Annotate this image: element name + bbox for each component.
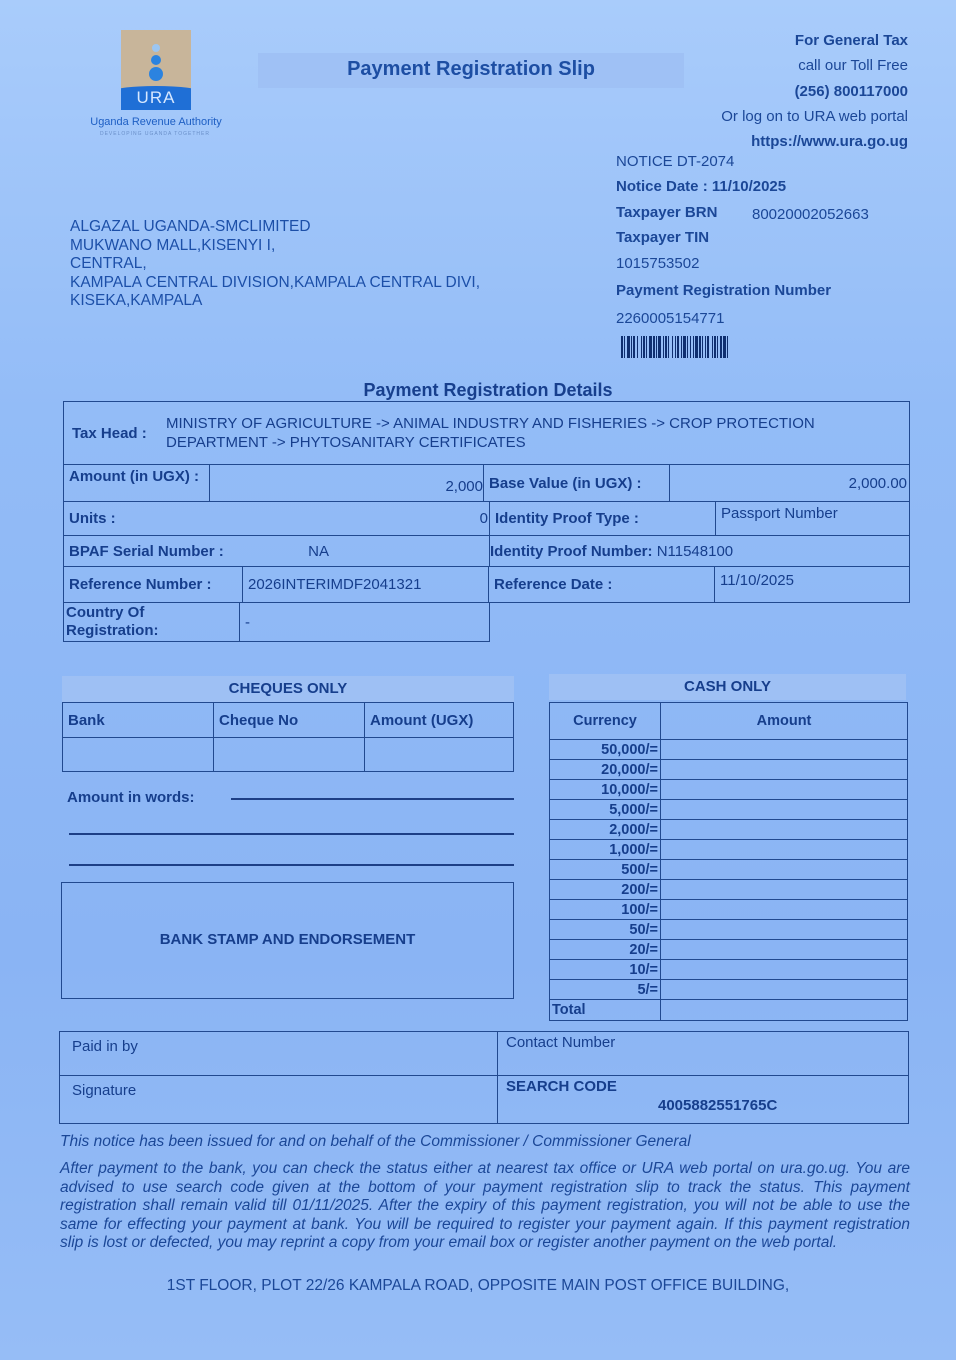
- denomination-amount-input[interactable]: [661, 740, 908, 760]
- details-table-bpaf: BPAF Serial Number : NA Identity Proof N…: [63, 535, 910, 567]
- notice-id: NOTICE DT-2074: [616, 153, 734, 170]
- id-number-label: Identity Proof Number:: [490, 543, 653, 560]
- denomination-label: 20/=: [550, 940, 661, 960]
- denomination-label: 5/=: [550, 980, 661, 1000]
- payer-table: Paid in by Contact Number Signature SEAR…: [59, 1031, 909, 1124]
- cash-row: 50/=: [550, 920, 908, 940]
- contact-line-2: call our Toll Free: [721, 53, 908, 78]
- paid-in-by-label: Paid in by: [72, 1038, 138, 1055]
- address-line: CENTRAL,: [70, 255, 480, 274]
- country-label: Country Of Registration:: [64, 603, 240, 642]
- contact-line-4: Or log on to URA web portal: [721, 104, 908, 129]
- details-title: Payment Registration Details: [340, 380, 636, 401]
- payment-registration-slip: URA Uganda Revenue Authority DEVELOPING …: [0, 0, 956, 1360]
- cash-col-amount: Amount: [661, 703, 908, 740]
- country-value: -: [240, 603, 490, 642]
- tin-label: Taxpayer TIN: [616, 229, 709, 246]
- ura-logo: URA: [121, 30, 191, 110]
- cash-table: Currency Amount 50,000/=20,000/=10,000/=…: [549, 702, 908, 1021]
- toll-free-number: (256) 800117000: [721, 79, 908, 104]
- contact-line-1: For General Tax: [721, 28, 908, 53]
- search-code-label: SEARCH CODE: [506, 1078, 900, 1095]
- cash-row: 20,000/=: [550, 760, 908, 780]
- address-line: MUKWANO MALL,KISENYI I,: [70, 237, 480, 256]
- cheques-title: CHEQUES ONLY: [62, 676, 514, 702]
- cheque-bank-input[interactable]: [63, 738, 214, 772]
- cheque-col-amount: Amount (UGX): [365, 703, 514, 738]
- base-value-label: Base Value (in UGX) :: [484, 465, 670, 502]
- org-name: Uganda Revenue Authority: [66, 116, 246, 128]
- denomination-amount-input[interactable]: [661, 760, 908, 780]
- denomination-amount-input[interactable]: [661, 920, 908, 940]
- brn-value: 80020002052663: [752, 206, 869, 223]
- denomination-label: 5,000/=: [550, 800, 661, 820]
- denomination-amount-input[interactable]: [661, 880, 908, 900]
- denomination-amount-input[interactable]: [661, 840, 908, 860]
- office-address: 1ST FLOOR, PLOT 22/26 KAMPALA ROAD, OPPO…: [0, 1277, 956, 1295]
- amount-in-words-label: Amount in words:: [67, 789, 195, 806]
- taxpayer-address: ALGAZAL UGANDA-SMCLIMITEDMUKWANO MALL,KI…: [70, 218, 480, 311]
- cash-row: 100/=: [550, 900, 908, 920]
- cash-title: CASH ONLY: [549, 674, 906, 700]
- denomination-label: 100/=: [550, 900, 661, 920]
- notice-date-label: Notice Date :: [616, 178, 708, 195]
- id-number-value: N11548100: [657, 543, 733, 560]
- search-code-value: 4005882551765C: [658, 1097, 900, 1114]
- details-table-ref: Reference Number : 2026INTERIMDF2041321 …: [63, 566, 910, 603]
- amount-value: 2,000: [210, 465, 484, 502]
- cash-row: 1,000/=: [550, 840, 908, 860]
- bpaf-label: BPAF Serial Number :: [69, 543, 304, 560]
- amount-in-words-line-3[interactable]: [69, 864, 514, 866]
- cash-row: 2,000/=: [550, 820, 908, 840]
- cash-row: 20/=: [550, 940, 908, 960]
- address-line: ALGAZAL UGANDA-SMCLIMITED: [70, 218, 480, 237]
- total-amount-input[interactable]: [661, 1000, 908, 1021]
- address-line: KAMPALA CENTRAL DIVISION,KAMPALA CENTRAL…: [70, 274, 480, 293]
- contact-number-label: Contact Number: [506, 1034, 615, 1051]
- amount-label: Amount (in UGX) :: [64, 465, 210, 502]
- denomination-label: 200/=: [550, 880, 661, 900]
- brn-label: Taxpayer BRN: [616, 204, 717, 221]
- denomination-label: 50,000/=: [550, 740, 661, 760]
- cheques-table: Bank Cheque No Amount (UGX): [62, 702, 514, 772]
- cash-row: 500/=: [550, 860, 908, 880]
- issued-notice: This notice has been issued for and on b…: [60, 1133, 910, 1152]
- denomination-label: 500/=: [550, 860, 661, 880]
- signature-field[interactable]: Signature: [60, 1076, 498, 1124]
- amount-in-words-line-1[interactable]: [231, 798, 514, 800]
- cash-row: 10/=: [550, 960, 908, 980]
- base-value: 2,000.00: [670, 465, 910, 502]
- details-table: Tax Head : MINISTRY OF AGRICULTURE -> AN…: [63, 401, 910, 465]
- notice-date: Notice Date : 11/10/2025: [616, 178, 786, 195]
- page-title: Payment Registration Slip: [258, 58, 684, 81]
- amount-in-words-line-2[interactable]: [69, 833, 514, 835]
- bank-stamp-box: BANK STAMP AND ENDORSEMENT: [61, 882, 514, 999]
- cash-total-row: Total: [550, 1000, 908, 1021]
- denomination-amount-input[interactable]: [661, 820, 908, 840]
- paid-in-by-field[interactable]: Paid in by: [60, 1032, 498, 1076]
- denomination-label: 50/=: [550, 920, 661, 940]
- instructions: After payment to the bank, you can check…: [60, 1160, 910, 1253]
- tax-head-value: MINISTRY OF AGRICULTURE -> ANIMAL INDUST…: [166, 414, 866, 452]
- denomination-label: 2,000/=: [550, 820, 661, 840]
- tax-head-label: Tax Head :: [72, 425, 166, 442]
- denomination-amount-input[interactable]: [661, 800, 908, 820]
- denomination-amount-input[interactable]: [661, 960, 908, 980]
- units-label-cell: Units : 0: [64, 502, 490, 536]
- bpaf-value: NA: [308, 543, 329, 560]
- cash-row: 5,000/=: [550, 800, 908, 820]
- contact-info: For General Tax call our Toll Free (256)…: [721, 28, 908, 154]
- denomination-amount-input[interactable]: [661, 980, 908, 1000]
- denomination-amount-input[interactable]: [661, 940, 908, 960]
- address-line: KISEKA,KAMPALA: [70, 292, 480, 311]
- barcode: [621, 336, 843, 358]
- tin-value: 1015753502: [616, 255, 699, 272]
- prn-value: 2260005154771: [616, 310, 724, 327]
- denomination-amount-input[interactable]: [661, 860, 908, 880]
- notice-date-value: 11/10/2025: [712, 178, 786, 195]
- cash-row: 10,000/=: [550, 780, 908, 800]
- ref-number-value: 2026INTERIMDF2041321: [243, 567, 489, 603]
- logo-text: URA: [121, 88, 191, 108]
- denomination-amount-input[interactable]: [661, 780, 908, 800]
- details-table-amount: Amount (in UGX) : 2,000 Base Value (in U…: [63, 464, 910, 502]
- bank-stamp-label: BANK STAMP AND ENDORSEMENT: [62, 931, 513, 948]
- contact-number-field[interactable]: Contact Number: [498, 1032, 909, 1076]
- cheque-col-bank: Bank: [63, 703, 214, 738]
- denomination-label: 20,000/=: [550, 760, 661, 780]
- id-type-value: Passport Number: [716, 502, 910, 536]
- ref-date-label: Reference Date :: [489, 567, 715, 603]
- prn-label: Payment Registration Number: [616, 282, 831, 299]
- denomination-label: 1,000/=: [550, 840, 661, 860]
- cash-row: 50,000/=: [550, 740, 908, 760]
- portal-link[interactable]: https://www.ura.go.ug: [721, 129, 908, 154]
- details-table-country: Country Of Registration: -: [63, 602, 490, 642]
- signature-label: Signature: [72, 1082, 136, 1099]
- details-table-units: Units : 0 Identity Proof Type : Passport…: [63, 501, 910, 536]
- denomination-amount-input[interactable]: [661, 900, 908, 920]
- id-type-label: Identity Proof Type :: [490, 502, 716, 536]
- total-label: Total: [550, 1000, 661, 1021]
- org-tagline: DEVELOPING UGANDA TOGETHER: [90, 131, 220, 137]
- ref-number-label: Reference Number :: [64, 567, 243, 603]
- denomination-label: 10/=: [550, 960, 661, 980]
- cash-row: 5/=: [550, 980, 908, 1000]
- cash-col-currency: Currency: [550, 703, 661, 740]
- cheque-col-number: Cheque No: [214, 703, 365, 738]
- units-label: Units :: [69, 510, 116, 527]
- denomination-label: 10,000/=: [550, 780, 661, 800]
- cheque-amount-input[interactable]: [365, 738, 514, 772]
- cheque-number-input[interactable]: [214, 738, 365, 772]
- units-value: 0: [480, 510, 488, 527]
- cash-row: 200/=: [550, 880, 908, 900]
- ref-date-value: 11/10/2025: [715, 567, 910, 603]
